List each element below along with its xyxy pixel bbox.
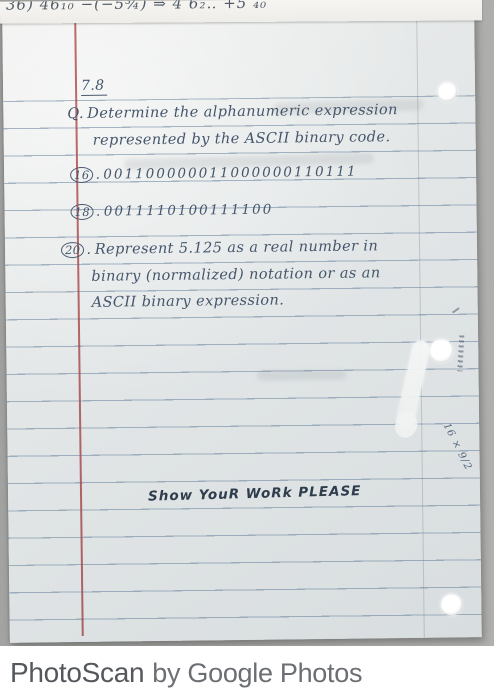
- question-label: Q.: [67, 106, 84, 122]
- problem-18-number: 18: [70, 204, 94, 220]
- binder-hole: [440, 593, 462, 615]
- previous-page-fragment: 36) 46₁₀ −(−5¾) ⇒ 4 6₂‥ +5 ₄₀: [6, 0, 267, 14]
- notebook-page: 7.8 Q. Determine the alphanumeric expres…: [2, 13, 482, 643]
- problem-16-binary: 001100000011000000110111: [103, 164, 357, 183]
- problem-16-number: 16: [70, 167, 94, 183]
- watermark-bar: PhotoScan by Google Photos: [0, 646, 494, 700]
- google-photos-byline: by Google Photos: [152, 658, 362, 689]
- photoscan-wordmark: PhotoScan: [10, 657, 144, 689]
- section-number: 7.8: [81, 78, 108, 96]
- binder-hole: [437, 81, 457, 101]
- binder-hole: [429, 338, 453, 362]
- problem-18-row: 18. 0011110100111100: [70, 202, 273, 220]
- problem-16-separator: .: [95, 167, 100, 183]
- photoscan-capture-screen: 7.8 Q. Determine the alphanumeric expres…: [0, 0, 494, 700]
- problem-18-separator: .: [96, 204, 101, 220]
- problem-20-separator: .: [86, 242, 91, 258]
- ink-bleed-smudge: [257, 370, 347, 381]
- problem-20-line-3: ASCII binary expression.: [92, 292, 285, 310]
- scanned-photo: 7.8 Q. Determine the alphanumeric expres…: [0, 0, 494, 646]
- previous-page-edge: 36) 46₁₀ −(−5¾) ⇒ 4 6₂‥ +5 ₄₀: [0, 0, 482, 24]
- problem-18-binary: 0011110100111100: [104, 202, 274, 220]
- problem-20-number: 20: [61, 242, 85, 258]
